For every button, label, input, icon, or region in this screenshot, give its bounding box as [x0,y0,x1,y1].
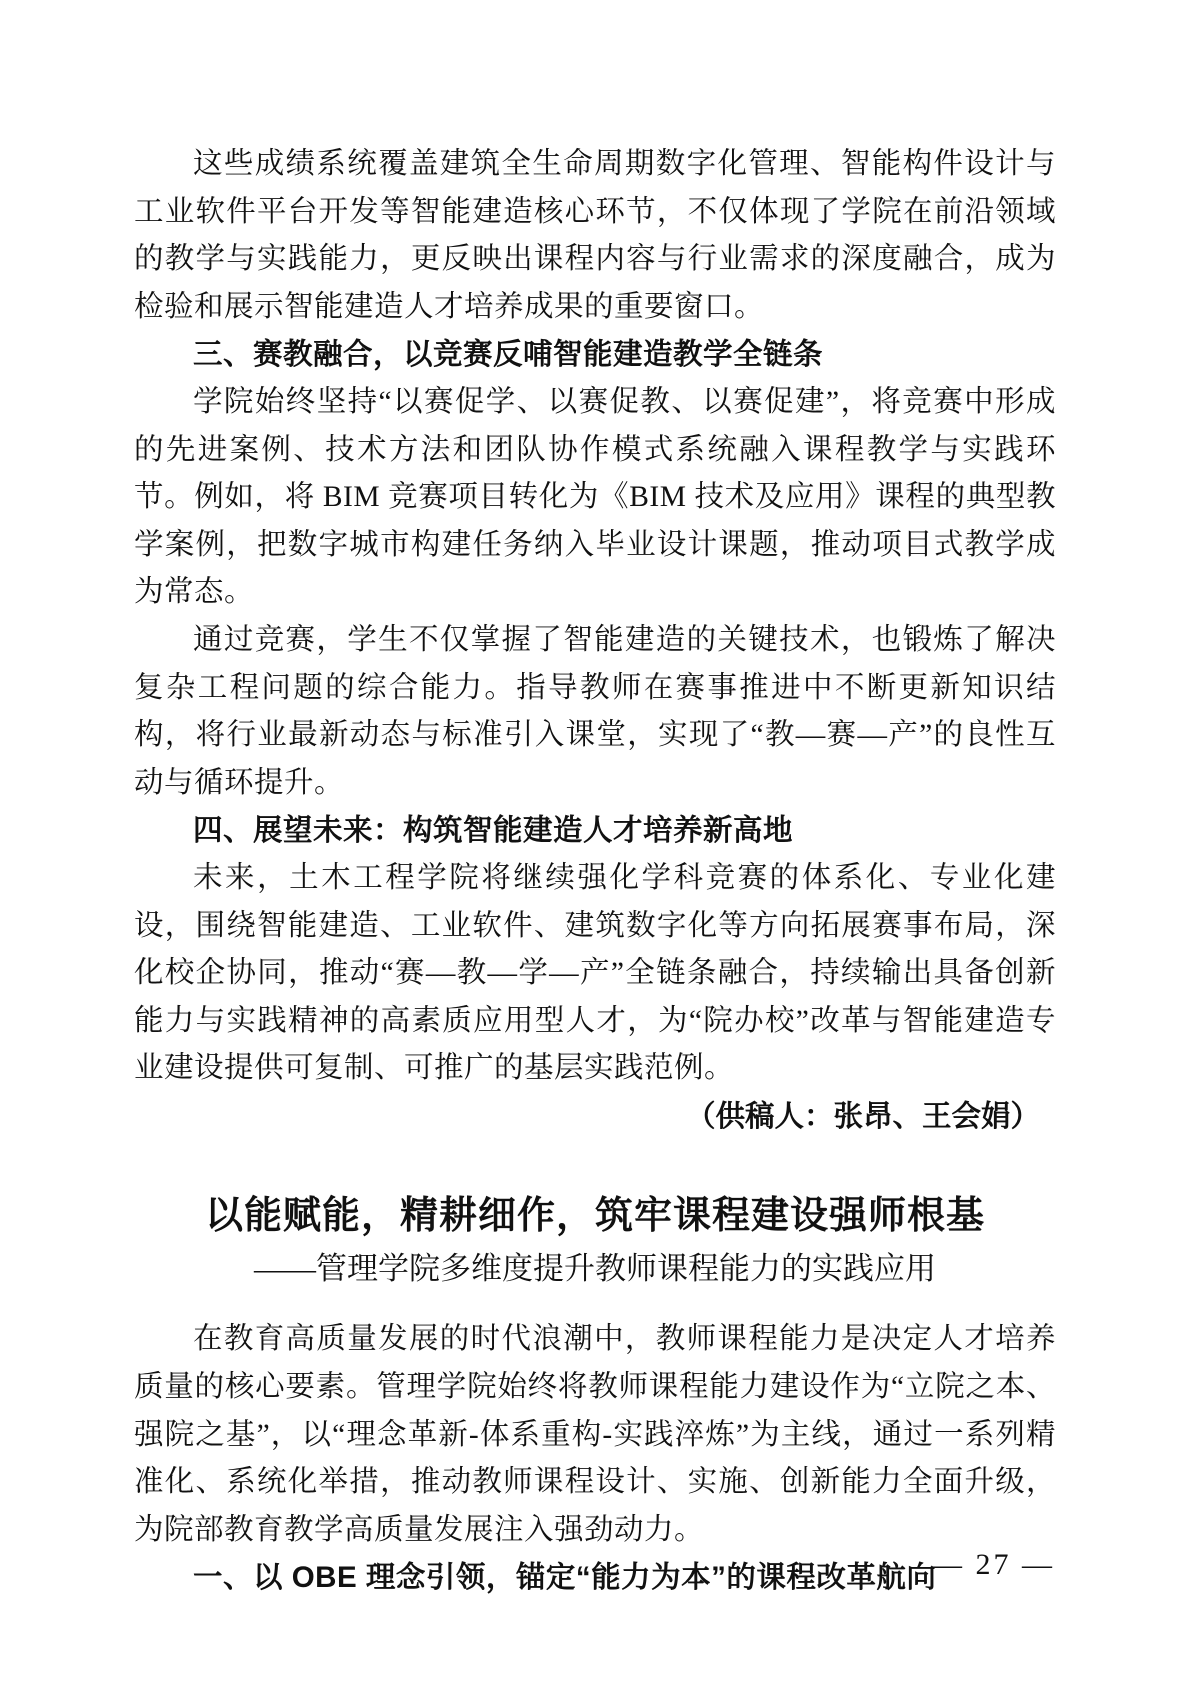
section-heading-four: 四、展望未来：构筑智能建造人才培养新高地 [134,807,1056,855]
section-heading-one: 一、以 OBE 理念引领，锚定“能力为本”的课程改革航向 [134,1554,1056,1602]
page-content: 这些成绩系统覆盖建筑全生命周期数字化管理、智能构件设计与工业软件平台开发等智能建… [134,141,1056,1602]
document-page: 这些成绩系统覆盖建筑全生命周期数字化管理、智能构件设计与工业软件平台开发等智能建… [0,0,1191,1684]
section-heading-three: 三、赛教融合，以竞赛反哺智能建造教学全链条 [134,331,1056,379]
contributor-byline: （供稿人：张昂、王会娟） [134,1093,1056,1141]
paragraph-course-ability-intro: 在教育高质量发展的时代浪潮中，教师课程能力是决定人才培养质量的核心要素。管理学院… [134,1316,1056,1554]
article-title: 以能赋能，精耕细作，筑牢课程建设强师根基 [134,1188,1056,1244]
paragraph-competition-results: 通过竞赛，学生不仅掌握了智能建造的关键技术，也锻炼了解决复杂工程问题的综合能力。… [134,617,1056,807]
paragraph-future-outlook: 未来，土木工程学院将继续强化学科竞赛的体系化、专业化建设，围绕智能建造、工业软件… [134,855,1056,1093]
page-number: — 27 — [932,1549,1055,1581]
paragraph-intro-achievements: 这些成绩系统覆盖建筑全生命周期数字化管理、智能构件设计与工业软件平台开发等智能建… [134,141,1056,331]
article-subtitle: ——管理学院多维度提升教师课程能力的实践应用 [134,1244,1056,1294]
paragraph-competition-teaching: 学院始终坚持“以赛促学、以赛促教、以赛促建”，将竞赛中形成的先进案例、技术方法和… [134,379,1056,617]
